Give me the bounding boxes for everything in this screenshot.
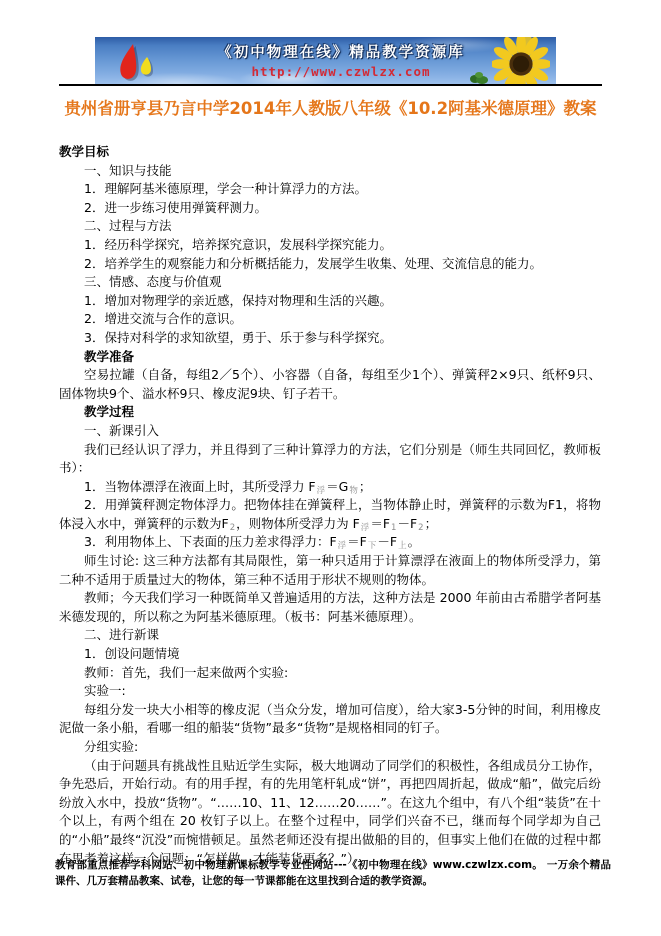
paragraph: 教师；今天我们学习一种既简单又普遍适用的方法，这种方法是 2000 年前由古希腊… <box>59 589 601 626</box>
paragraph: 2．进一步练习使用弹簧秤测力。 <box>59 199 601 218</box>
paragraph: 二、进行新课 <box>59 626 601 645</box>
paragraph: 分组实验: <box>59 738 601 757</box>
paragraph: 3．利用物体上、下表面的压力差求得浮力：F浮＝F下－F上。 <box>59 533 601 552</box>
paragraph: 2．用弹簧秤测定物体浮力。把物体挂在弹簧秤上，当物体静止时，弹簧秤的示数为F1，… <box>59 496 601 533</box>
paragraph: 一、新课引入 <box>59 422 601 441</box>
paragraph: （由于问题具有挑战性且贴近学生实际，极大地调动了同学们的积极性，各组成员分工协作… <box>59 757 601 869</box>
site-url-link[interactable]: http://www.czwlzx.com <box>191 64 491 79</box>
paragraph: 三、情感、态度与价值观 <box>59 273 601 292</box>
flame-logo-icon <box>111 43 163 84</box>
paragraph: 1．创设问题情境 <box>59 645 601 664</box>
site-banner-title: 《初中物理在线》精品教学资源库 <box>191 41 491 62</box>
document-page: 《初中物理在线》精品教学资源库 http://www.czwlzx.com <box>0 0 661 936</box>
paragraph: 空易拉罐（自备，每组2／5个）、小容器（自备，每组至少1个）、弹簧秤2×9只、纸… <box>59 366 601 403</box>
paragraph: 师生讨论: 这三种方法都有其局限性，第一种只适用于计算漂浮在液面上的物体所受浮力… <box>59 552 601 589</box>
paragraph: 1．理解阿基米德原理，学会一种计算浮力的方法。 <box>59 180 601 199</box>
site-banner: 《初中物理在线》精品教学资源库 http://www.czwlzx.com <box>95 37 556 84</box>
paragraph: 2．增进交流与合作的意识。 <box>59 310 601 329</box>
paragraph: 实验一: <box>59 682 601 701</box>
footer-note: 教育部重点推荐学科网站、初中物理新课标教学专业性网站---《初中物理在线》www… <box>55 858 611 889</box>
sunflower-icon <box>492 37 550 84</box>
plant-icon <box>470 69 490 84</box>
header-divider <box>59 84 602 86</box>
paragraph: 二、过程与方法 <box>59 217 601 236</box>
paragraph: 教师：首先，我们一起来做两个实验: <box>59 664 601 683</box>
section-heading: 教学过程 <box>59 403 601 422</box>
paragraph: 我们已经认识了浮力，并且得到了三种计算浮力的方法，它们分别是（师生共同回忆，教师… <box>59 441 601 478</box>
paragraph: 1．当物体漂浮在液面上时，其所受浮力 F浮＝G物； <box>59 478 601 497</box>
paragraph: 1．增加对物理学的亲近感，保持对物理和生活的兴趣。 <box>59 292 601 311</box>
section-heading: 教学目标 <box>59 143 601 162</box>
paragraph: 每组分发一块大小相等的橡皮泥（当众分发，增加可信度），给大家3-5分钟的时间，利… <box>59 701 601 738</box>
paragraph: 3．保持对科学的求知欲望，勇于、乐于参与科学探究。 <box>59 329 601 348</box>
document-body: 教学目标一、知识与技能1．理解阿基米德原理，学会一种计算浮力的方法。2．进一步练… <box>59 143 601 868</box>
paragraph: 2．培养学生的观察能力和分析概括能力，发展学生收集、处理、交流信息的能力。 <box>59 255 601 274</box>
paragraph: 1．经历科学探究，培养探究意识，发展科学探究能力。 <box>59 236 601 255</box>
document-title: 贵州省册亨县乃言中学2014年人教版八年级《10.2阿基米德原理》教案 <box>59 95 602 119</box>
section-heading: 教学准备 <box>59 348 601 367</box>
paragraph: 一、知识与技能 <box>59 162 601 181</box>
